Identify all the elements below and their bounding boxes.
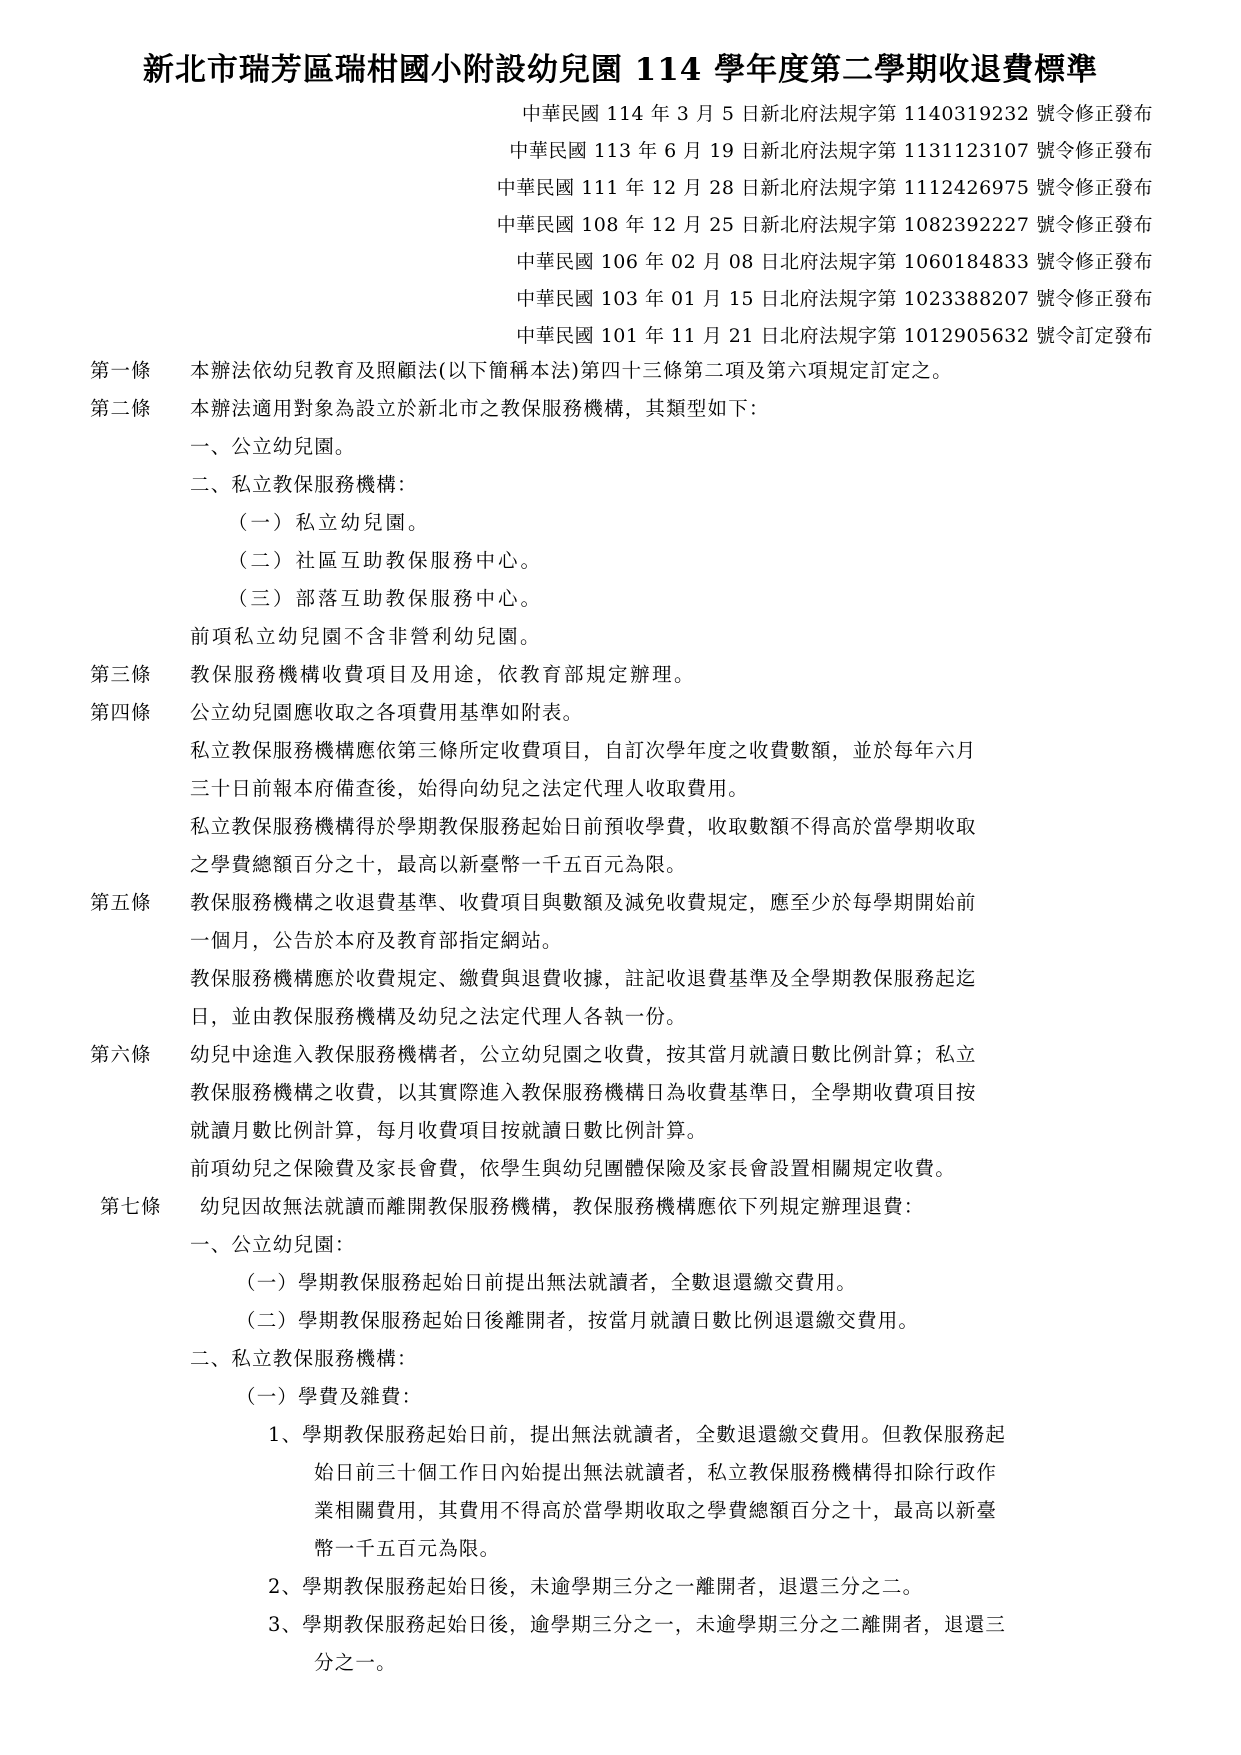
article-text: 三十日前報本府備查後，始得向幼兒之法定代理人收取費用。 — [190, 776, 749, 802]
article-text: 本辦法適用對象為設立於新北市之教保服務機構，其類型如下： — [190, 396, 770, 422]
article-label: 第四條 — [90, 700, 152, 726]
numbered-item: 2、學期教保服務起始日後，未逾學期三分之一離開者，退還三分之二。 — [268, 1574, 923, 1600]
sub-list-item: （一）學期教保服務起始日前提出無法就讀者，全數退還繳交費用。 — [236, 1270, 857, 1296]
list-item: 一、公立幼兒園： — [190, 1232, 356, 1258]
article-text: 就讀月數比例計算，每月收費項目按就讀日數比例計算。 — [190, 1118, 708, 1144]
article-label: 第七條 — [100, 1194, 162, 1220]
article-text: 公立幼兒園應收取之各項費用基準如附表。 — [190, 700, 583, 726]
article-label: 第五條 — [90, 890, 152, 916]
sub-list-item: （一）私立幼兒園。 — [228, 510, 431, 536]
article-text: 幼兒中途進入教保服務機構者，公立幼兒園之收費，按其當月就讀日數比例計算；私立 — [190, 1042, 977, 1068]
article-text: 本辦法依幼兒教育及照顧法(以下簡稱本法)第四十三條第二項及第六項規定訂定之。 — [190, 358, 953, 384]
article-text: 日，並由教保服務機構及幼兒之法定代理人各執一份。 — [190, 1004, 687, 1030]
numbered-item-cont: 業相關費用，其費用不得高於當學期收取之學費總額百分之十，最高以新臺 — [314, 1498, 997, 1524]
list-item: 二、私立教保服務機構： — [190, 472, 418, 498]
article-label: 第二條 — [90, 396, 152, 422]
numbered-item: 1、學期教保服務起始日前，提出無法就讀者，全數退還繳交費用。但教保服務起 — [268, 1422, 1006, 1448]
article-text: 之學費總額百分之十，最高以新臺幣一千五百元為限。 — [190, 852, 687, 878]
list-item: 一、公立幼兒園。 — [190, 434, 356, 460]
article-text: 前項私立幼兒園不含非營利幼兒園。 — [190, 624, 542, 650]
article-text: 一個月，公告於本府及教育部指定網站。 — [190, 928, 563, 954]
numbered-item-cont: 分之一。 — [314, 1650, 397, 1676]
list-item: 二、私立教保服務機構： — [190, 1346, 418, 1372]
sub-list-item: （二）學期教保服務起始日後離開者，按當月就讀日數比例退還繳交費用。 — [236, 1308, 919, 1334]
numbered-item: 3、學期教保服務起始日後，逾學期三分之一，未逾學期三分之二離開者，退還三 — [268, 1612, 1006, 1638]
article-text: 教保服務機構應於收費規定、繳費與退費收據，註記收退費基準及全學期教保服務起迄 — [190, 966, 977, 992]
articles: 第一條 本辦法依幼兒教育及照顧法(以下簡稱本法)第四十三條第二項及第六項規定訂定… — [0, 0, 1241, 1755]
numbered-item-cont: 始日前三十個工作日內始提出無法就讀者，私立教保服務機構得扣除行政作 — [314, 1460, 997, 1486]
article-text: 私立教保服務機構應依第三條所定收費項目，自訂次學年度之收費數額，並於每年六月 — [190, 738, 977, 764]
article-label: 第一條 — [90, 358, 152, 384]
article-label: 第六條 — [90, 1042, 152, 1068]
article-text: 私立教保服務機構得於學期教保服務起始日前預收學費，收取數額不得高於當學期收取 — [190, 814, 977, 840]
article-text: 教保服務機構之收費，以其實際進入教保服務機構日為收費基準日，全學期收費項目按 — [190, 1080, 977, 1106]
article-text: 教保服務機構收費項目及用途，依教育部規定辦理。 — [190, 662, 696, 688]
sub-list-item: （三）部落互助教保服務中心。 — [228, 586, 543, 612]
numbered-item-cont: 幣一千五百元為限。 — [314, 1536, 500, 1562]
article-label: 第三條 — [90, 662, 152, 688]
sub-list-item: （二）社區互助教保服務中心。 — [228, 548, 543, 574]
article-text: 前項幼兒之保險費及家長會費，依學生與幼兒團體保險及家長會設置相關規定收費。 — [190, 1156, 956, 1182]
article-text: 教保服務機構之收退費基準、收費項目與數額及減免收費規定，應至少於每學期開始前 — [190, 890, 977, 916]
article-text: 幼兒因故無法就讀而離開教保服務機構，教保服務機構應依下列規定辦理退費： — [200, 1194, 925, 1220]
sub-list-item: （一）學費及雜費： — [236, 1384, 422, 1410]
